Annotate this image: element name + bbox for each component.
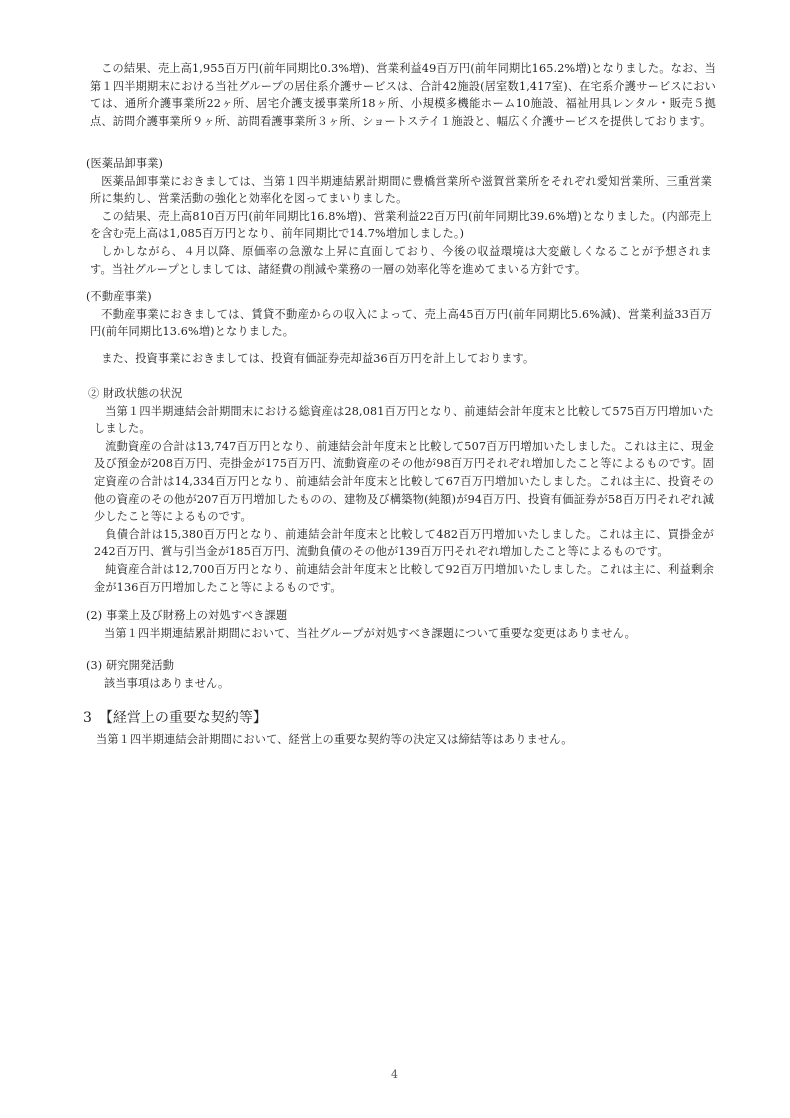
assets-detail-paragraph: 流動資産の合計は13,747百万円となり、前連結会計年度末と比較して507百万円…	[94, 438, 714, 526]
document-page: この結果、売上高1,955百万円(前年同期比0.3%増)、営業利益49百万円(前…	[0, 0, 790, 1118]
contracts-section: 当第１四半期連結会計期間において、経営上の重要な契約等の決定又は締結等はありませ…	[96, 731, 722, 749]
rnd-paragraph: 該当事項はありません。	[86, 675, 712, 693]
issues-heading: (2) 事業上及び財務上の対処すべき課題	[86, 607, 712, 625]
pharma-heading: (医薬品卸事業)	[86, 155, 712, 173]
issues-section: (2) 事業上及び財務上の対処すべき課題 当第１四半期連結累計期間において、当社…	[86, 607, 712, 642]
pharma-wholesale-section: (医薬品卸事業) 医薬品卸事業におきましては、当第１四半期連結累計期間に豊橋営業…	[86, 155, 712, 278]
care-result-paragraph: この結果、売上高1,955百万円(前年同期比0.3%増)、営業利益49百万円(前…	[90, 60, 716, 130]
rnd-section: (3) 研究開発活動 該当事項はありません。	[86, 657, 712, 692]
net-assets-paragraph: 純資産合計は12,700百万円となり、前連結会計年度末と比較して92百万円増加い…	[94, 561, 714, 596]
liabilities-paragraph: 負債合計は15,380百万円となり、前連結会計年度末と比較して482百万円増加い…	[94, 526, 714, 561]
real-estate-section: (不動産事業) 不動産事業におきましては、賃貸不動産からの収入によって、売上高4…	[86, 288, 712, 367]
financial-position-heading: ② 財政状態の状況	[88, 385, 714, 403]
financial-position-section: ② 財政状態の状況 当第１四半期連結会計期間末における総資産は28,081百万円…	[88, 385, 714, 596]
real-estate-paragraph: 不動産事業におきましては、賃貸不動産からの収入によって、売上高45百万円(前年同…	[90, 306, 712, 341]
rnd-heading: (3) 研究開発活動	[86, 657, 712, 675]
investment-paragraph: また、投資事業におきましては、投資有価証券売却益36百万円を計上しております。	[90, 350, 712, 368]
contracts-heading: 3 【経営上の重要な契約等】	[83, 708, 267, 728]
pharma-paragraph-3: しかしながら、４月以降、原価率の急激な上昇に直面しており、今後の収益環境は大変厳…	[90, 243, 712, 278]
page-number: 4	[391, 1068, 398, 1081]
care-business-section: この結果、売上高1,955百万円(前年同期比0.3%増)、営業利益49百万円(前…	[90, 60, 716, 130]
contracts-paragraph: 当第１四半期連結会計期間において、経営上の重要な契約等の決定又は締結等はありませ…	[96, 731, 722, 749]
issues-paragraph: 当第１四半期連結累計期間において、当社グループが対処すべき課題について重要な変更…	[86, 625, 712, 643]
total-assets-paragraph: 当第１四半期連結会計期間末における総資産は28,081百万円となり、前連結会計年…	[94, 403, 714, 438]
pharma-paragraph-2: この結果、売上高810百万円(前年同期比16.8%増)、営業利益22百万円(前年…	[90, 208, 712, 243]
real-estate-heading: (不動産事業)	[86, 288, 712, 306]
pharma-paragraph-1: 医薬品卸事業におきましては、当第１四半期連結累計期間に豊橋営業所や滋賀営業所をそ…	[90, 173, 712, 208]
